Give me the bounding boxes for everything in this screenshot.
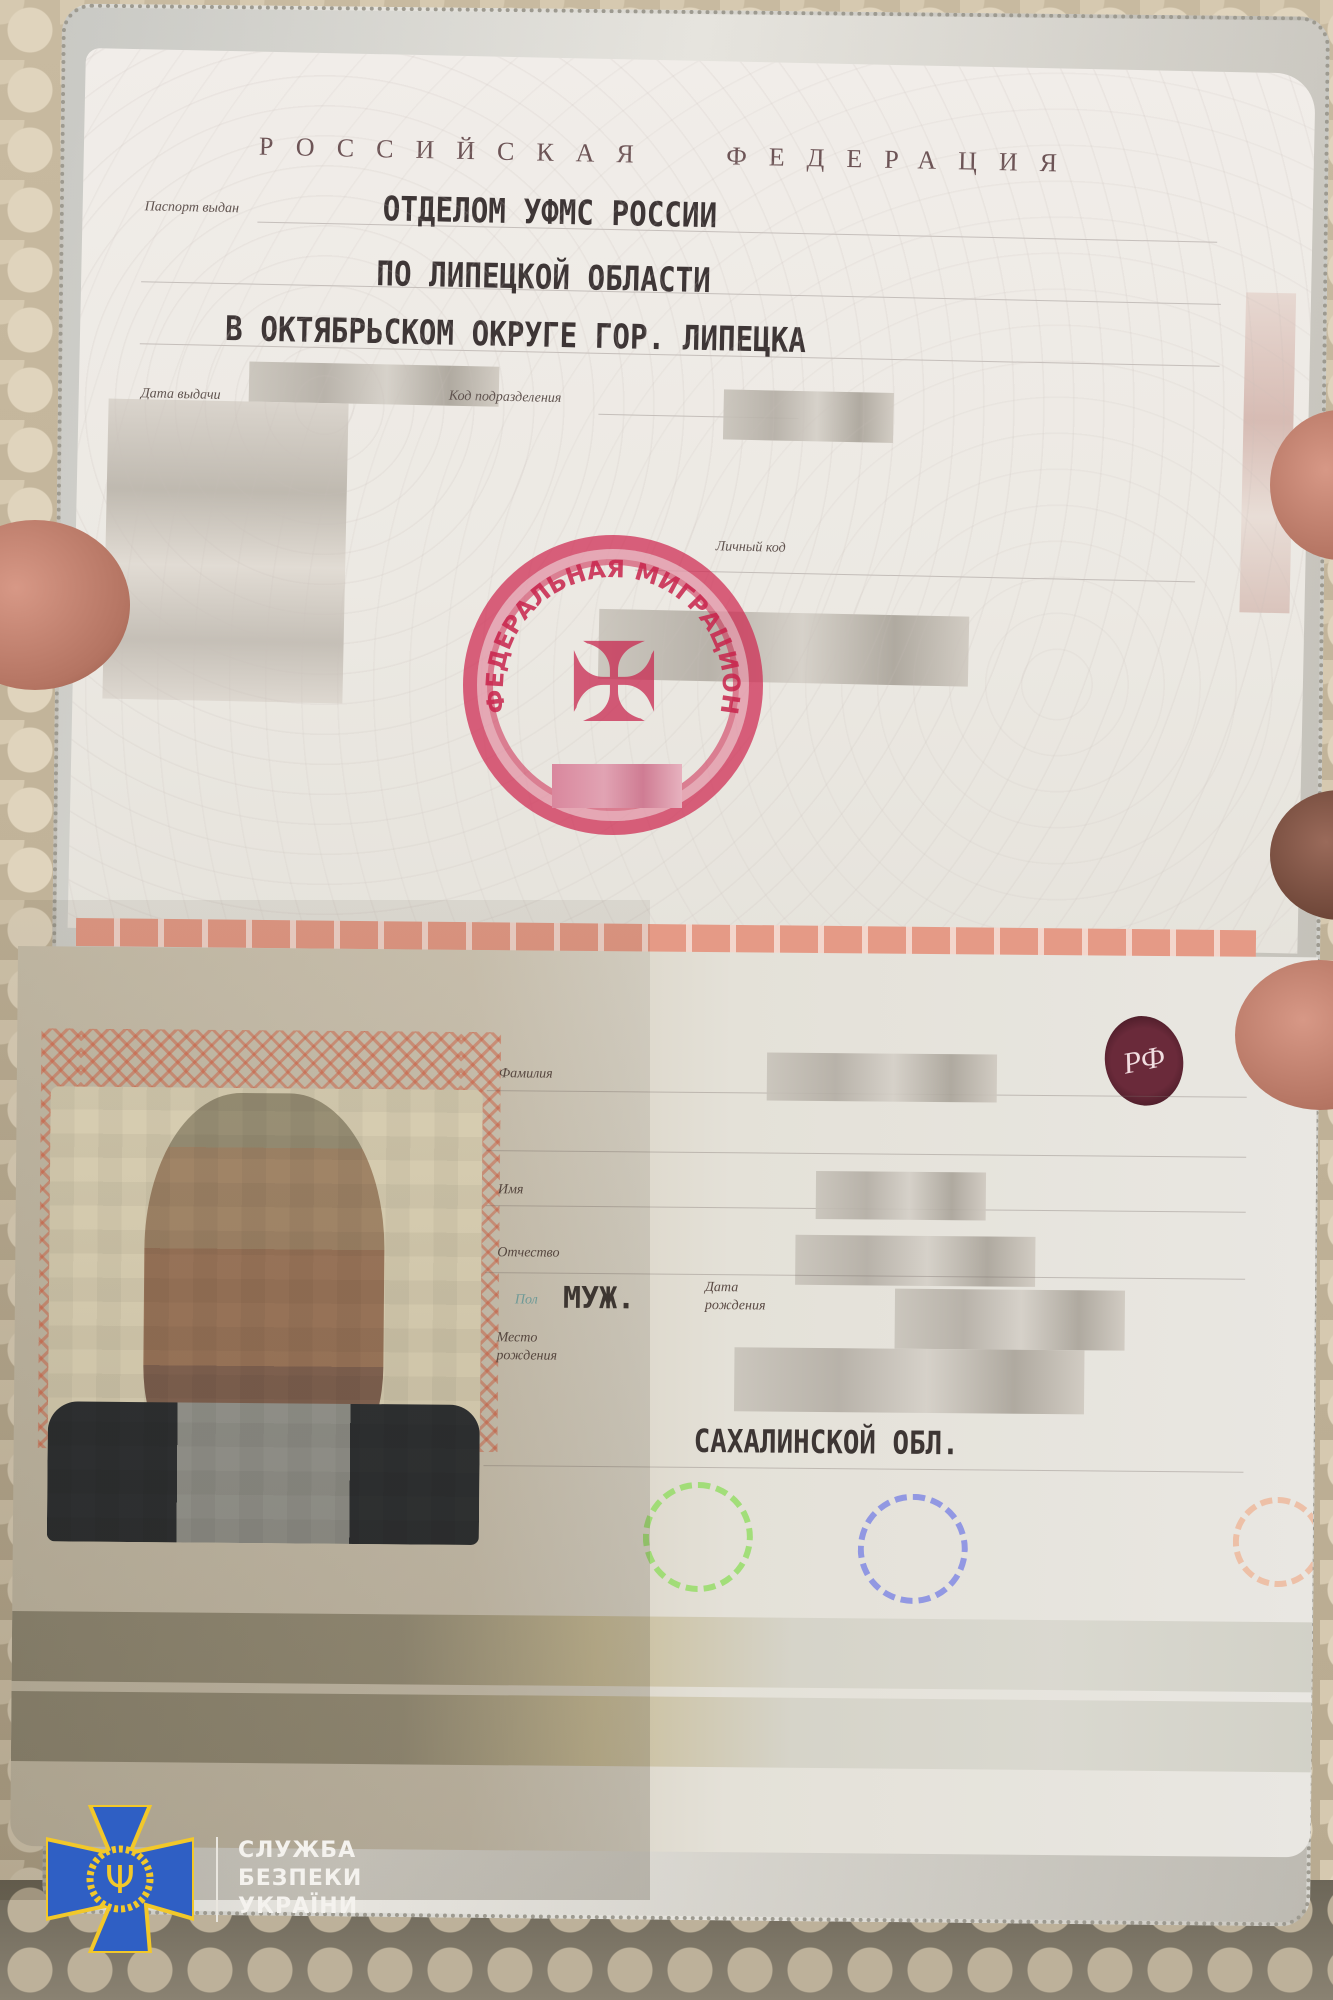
issuer-line-2: ПО ЛИПЕЦКОЙ ОБЛАСТИ xyxy=(376,254,711,301)
stamp-number-redacted xyxy=(552,764,682,808)
birth-date-label-1: Дата xyxy=(705,1280,738,1296)
sex-label: Пол xyxy=(515,1292,538,1308)
birth-date-value-redacted xyxy=(895,1289,1126,1351)
birth-place-line-redacted xyxy=(734,1347,1085,1414)
issuer-line-3: В ОКТЯБРЬСКОМ ОКРУГЕ ГОР. ЛИПЕЦКА xyxy=(225,309,807,361)
surname-value-redacted xyxy=(767,1053,997,1103)
issuer-line-1: ОТДЕЛОМ УФМС РОССИИ xyxy=(382,189,717,236)
sbu-logo: Ψ СЛУЖБА БЕЗПЕКИ УКРАЇНИ xyxy=(46,1805,362,1953)
division-code-label: Код подразделения xyxy=(449,389,562,407)
sbu-cross-icon: Ψ xyxy=(46,1805,194,1953)
name-value-redacted xyxy=(816,1171,986,1220)
rule xyxy=(486,1150,1246,1158)
pixelation-overlay xyxy=(47,1086,483,1545)
birth-date-label-2: рождения xyxy=(705,1298,766,1315)
sbu-line-3: УКРАЇНИ xyxy=(238,1893,362,1921)
patronymic-label: Отчество xyxy=(497,1245,559,1262)
rule xyxy=(483,1465,1243,1473)
double-headed-eagle-icon: ✠ xyxy=(559,619,669,749)
svg-text:Ψ: Ψ xyxy=(105,1858,135,1902)
holder-photo-redacted xyxy=(47,1086,483,1545)
fms-stamp: ФЕДЕРАЛЬНАЯ МИГРАЦИОННАЯ СЛУЖБА ✠ xyxy=(463,535,763,835)
rf-monogram-seal: РФ xyxy=(1097,1009,1191,1113)
division-code-value-redacted xyxy=(723,389,894,443)
sex-value: МУЖ. xyxy=(563,1281,636,1317)
passport-data-page: РФ Фамилия Имя Отчество Пол МУЖ. Дата ро… xyxy=(10,946,1318,1857)
sbu-wordmark: СЛУЖБА БЕЗПЕКИ УКРАЇНИ xyxy=(238,1837,362,1921)
patronymic-value-redacted xyxy=(795,1235,1035,1287)
sbu-line-2: БЕЗПЕКИ xyxy=(238,1865,362,1893)
sbu-line-1: СЛУЖБА xyxy=(238,1837,362,1865)
hologram-3 xyxy=(1232,1497,1317,1588)
surname-label: Фамилия xyxy=(499,1066,553,1082)
issued-by-label: Паспорт выдан xyxy=(145,199,240,217)
country-header-left: РОССИЙСКАЯ xyxy=(259,132,656,169)
birth-place-label-1: Место xyxy=(497,1330,538,1346)
mrz-line-2-redacted xyxy=(11,1691,1312,1772)
birth-place-label-2: рождения xyxy=(496,1348,557,1365)
hologram-2 xyxy=(857,1493,968,1604)
signature-redacted xyxy=(102,399,348,704)
sbu-separator xyxy=(216,1837,218,1922)
country-header-right: ФЕДЕРАЦИЯ xyxy=(726,141,1079,177)
birth-place-value: САХАЛИНСКОЙ ОБЛ. xyxy=(694,1422,959,1462)
country-header: РОССИЙСКАЯ ФЕДЕРАЦИЯ xyxy=(259,132,1159,181)
mrz-line-1-redacted xyxy=(12,1611,1313,1692)
name-label: Имя xyxy=(498,1182,524,1198)
hologram-1 xyxy=(642,1481,753,1592)
